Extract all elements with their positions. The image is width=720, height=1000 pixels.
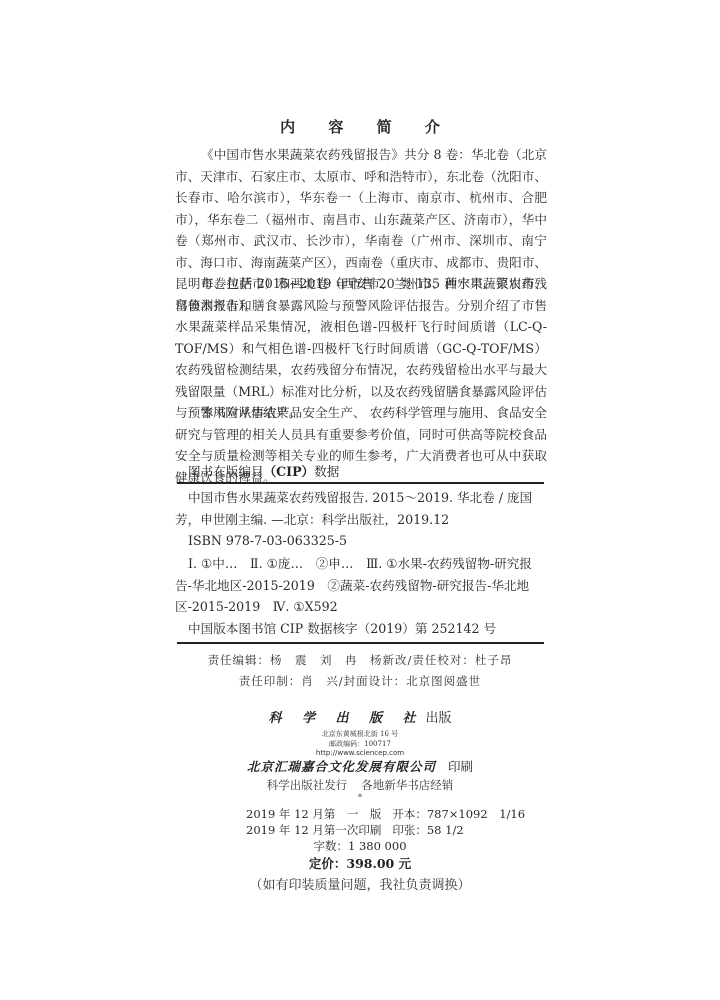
separator-star: * bbox=[0, 793, 720, 802]
printer-name: 北京汇瑞嘉合文化发展有限公司 bbox=[247, 759, 436, 774]
cip-isbn: ISBN 978-7-03-063325-5 bbox=[175, 530, 545, 552]
cip-title-line: 中国市售水果蔬菜农药残留报告. 2015～2019. 华北卷 / 庞国芳，申世刚… bbox=[175, 487, 545, 530]
quality-notice: （如有印装质量问题，我社负责调换） bbox=[0, 874, 720, 893]
price-label: 定价： bbox=[309, 856, 347, 871]
distribution-seller: 各地新华书店经销 bbox=[361, 778, 453, 792]
spec-format: 开本：787×1092 1/16 bbox=[392, 807, 525, 821]
cip-header-suffix: 数据 bbox=[314, 464, 339, 479]
spec-printing-line: 2019 年 12 月第一次印刷 印张：58 1/2 bbox=[246, 822, 464, 838]
spec-sheets: 印张：58 1/2 bbox=[392, 823, 463, 837]
publisher-line: 科 学 出 版 社出版 bbox=[0, 707, 720, 726]
publisher-name: 科 学 出 版 社 bbox=[268, 711, 423, 726]
spec-edition: 2019 年 12 月第 一 版 bbox=[246, 807, 381, 821]
cip-header-prefix: 图书在版编目 bbox=[188, 464, 264, 479]
spec-printing: 2019 年 12 月第一次印刷 bbox=[246, 823, 381, 837]
cip-header-bold: （CIP） bbox=[264, 464, 315, 479]
spec-edition-line: 2019 年 12 月第 一 版 开本：787×1092 1/16 bbox=[246, 806, 525, 822]
distribution-line: 科学出版社发行各地新华书店经销 bbox=[0, 777, 720, 793]
cip-record-number: 中国版本图书馆 CIP 数据核字（2019）第 252142 号 bbox=[175, 618, 545, 640]
cip-classification: Ⅰ. ①中… Ⅱ. ①庞… ②申… Ⅲ. ①水果-农药残留物-研究报告-华北地区… bbox=[175, 553, 545, 618]
publisher-address: 北京东黄城根北街 16 号 bbox=[0, 729, 720, 739]
cip-top-rule bbox=[177, 482, 544, 484]
printer-action: 印刷 bbox=[448, 759, 473, 774]
price-value: 398.00 元 bbox=[346, 856, 411, 871]
cip-header: 图书在版编目（CIP）数据 bbox=[188, 461, 339, 480]
publisher-postcode: 邮政编码：100717 bbox=[0, 739, 720, 749]
cip-bottom-rule bbox=[177, 642, 544, 644]
spec-word-count: 字数：1 380 000 bbox=[0, 838, 720, 854]
publisher-website: http://www.sciencep.com bbox=[0, 749, 720, 757]
publisher-action: 出版 bbox=[426, 711, 452, 726]
page-title: 内 容 简 介 bbox=[0, 116, 720, 137]
credits-print-design: 责任印制：肖 兴/封面设计：北京图阅盛世 bbox=[0, 673, 720, 689]
intro-paragraph-contents: 每卷包括 2015~2019 年市售 20 类 135 种水果蔬菜农药残留侦测报… bbox=[175, 273, 547, 424]
spec-price-line: 定价：398.00 元 bbox=[0, 854, 720, 872]
printer-line: 北京汇瑞嘉合文化发展有限公司印刷 bbox=[0, 757, 720, 775]
credits-editors: 责任编辑：杨 震 刘 冉 杨新改/责任校对：杜子昂 bbox=[0, 652, 720, 668]
distribution-issuer: 科学出版社发行 bbox=[267, 778, 348, 792]
